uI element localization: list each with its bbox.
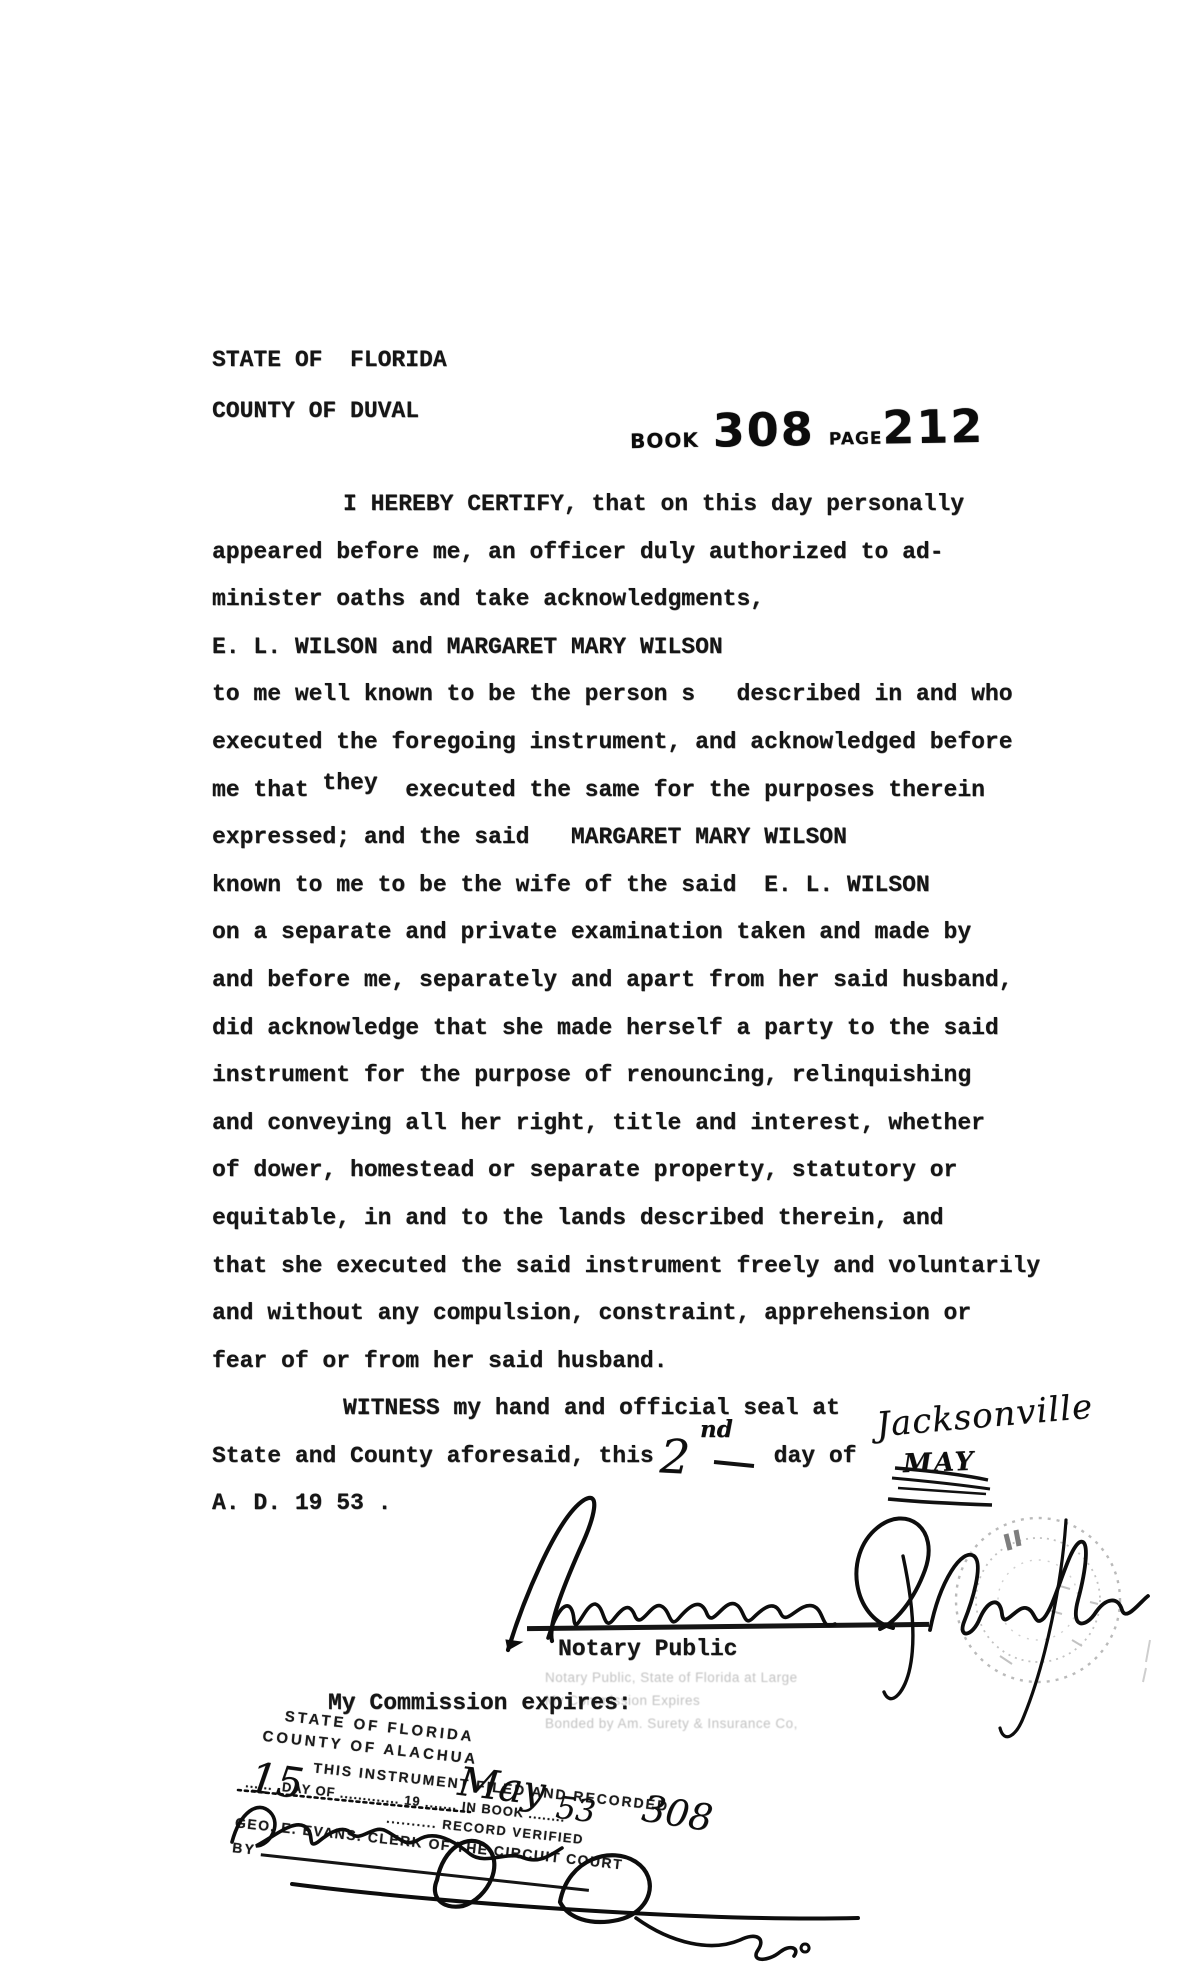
body-line: that she executed the said instrument fr… — [212, 1243, 1040, 1291]
body-line: and conveying all her right, title and i… — [212, 1100, 1040, 1148]
body-line: I HEREBY CERTIFY, that on this day perso… — [212, 481, 1040, 529]
handwritten-month-scribbled: MAY — [902, 1447, 975, 1480]
body-line: instrument for the purpose of renouncing… — [212, 1052, 1040, 1100]
body-line: expressed; and the said MARGARET MARY WI… — [212, 814, 1040, 862]
page-label: PAGE — [829, 429, 883, 450]
body-line: on a separate and private examination ta… — [212, 909, 1040, 957]
commission-expires-label: My Commission expires: — [328, 1690, 632, 1716]
handwritten-day-ordinal: nd — [700, 1416, 733, 1443]
filing-handwritten-year: 53 — [554, 1790, 598, 1831]
body-text: I HEREBY CERTIFY, that on this day perso… — [212, 481, 1040, 1528]
body-line: known to me to be the wife of the said E… — [212, 862, 1040, 910]
body-line: and before me, separately and apart from… — [212, 957, 1040, 1005]
body-line: executed the foregoing instrument, and a… — [212, 719, 1040, 767]
notary-seal-icon — [956, 1518, 1150, 1682]
county-line: COUNTY OF DUVAL — [212, 398, 419, 424]
body-line: E. L. WILSON and MARGARET MARY WILSON — [212, 624, 1040, 672]
body-line: A. D. 19 53 . — [212, 1480, 1040, 1528]
body-line: did acknowledge that she made herself a … — [212, 1005, 1040, 1053]
body-line: minister oaths and take acknowledgments, — [212, 576, 1040, 624]
book-page-stamp: BOOK 308 PAGE 212 — [630, 403, 985, 455]
body-line: equitable, in and to the lands described… — [212, 1195, 1040, 1243]
document-page: STATE OF FLORIDA COUNTY OF DUVAL BOOK 30… — [0, 0, 1200, 1974]
notary-public-label: Notary Public — [558, 1636, 737, 1662]
body-line: and without any compulsion, constraint, … — [212, 1290, 1040, 1338]
body-line: fear of or from her said husband. — [212, 1338, 1040, 1386]
signature-line — [527, 1622, 929, 1631]
bond-stamp-line: Notary Public, State of Florida at Large — [545, 1666, 965, 1689]
filing-handwritten-day: 15 — [247, 1753, 307, 1809]
body-line: appeared before me, an officer duly auth… — [212, 529, 1040, 577]
handwritten-day-number: 2 — [659, 1429, 692, 1485]
body-line: me that they executed the same for the p… — [212, 767, 1040, 815]
page-number: 212 — [882, 403, 985, 451]
body-line: to me well known to be the person s desc… — [212, 671, 1040, 719]
state-line: STATE OF FLORIDA — [212, 347, 447, 373]
book-number: 308 — [712, 406, 815, 454]
filing-stamp-by-label: BY — [232, 1839, 257, 1857]
body-line: of dower, homestead or separate property… — [212, 1147, 1040, 1195]
book-label: BOOK — [630, 428, 699, 453]
